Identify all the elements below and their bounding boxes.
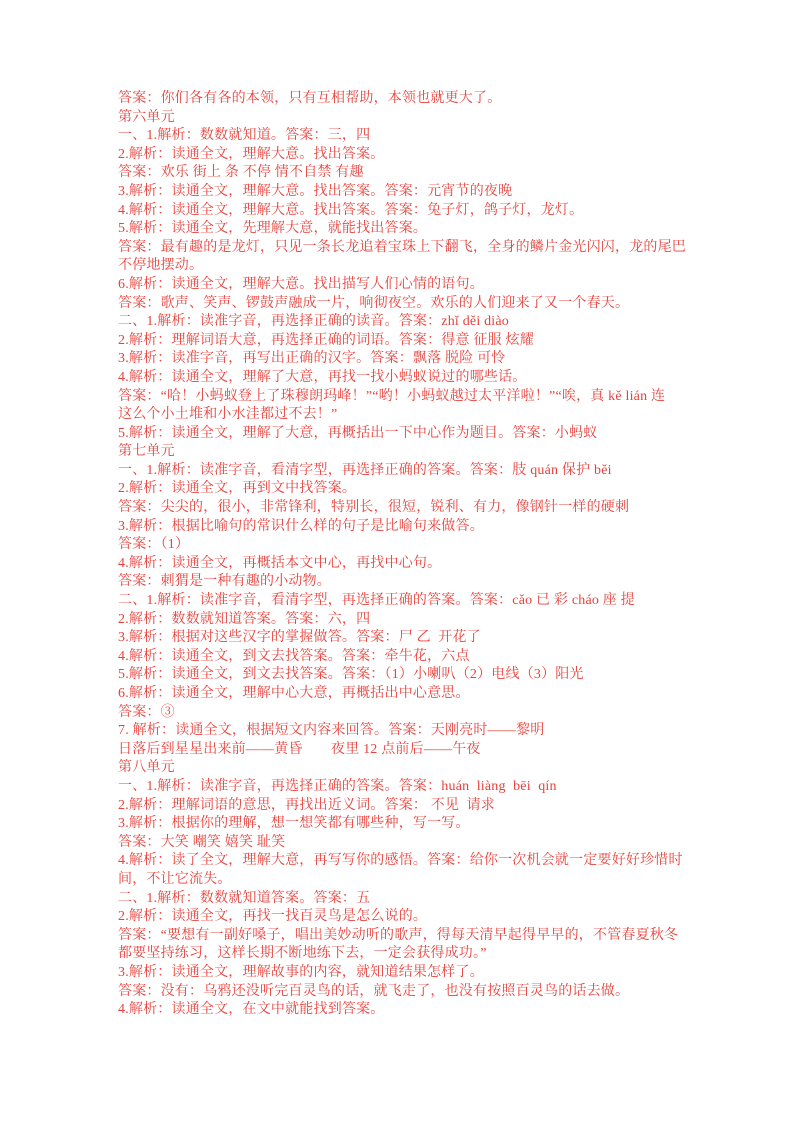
text-line: 答案：歌声、笑声、锣鼓声融成一片，响彻夜空。欢乐的人们迎来了又一个春天。: [118, 295, 693, 314]
text-line: 5.解析：读通全文，先理解大意，就能找出答案。: [118, 220, 693, 239]
text-line: 二、1.解析：数数就知道答案。答案：五: [118, 890, 693, 909]
text-line: 4.解析：读通全文，到文去找答案。答案：牵牛花，六点: [118, 648, 693, 667]
text-line: 6.解析：读通全文，理解中心大意，再概括出中心意思。: [118, 685, 693, 704]
text-line: 答案：欢乐 街上 条 不停 情不自禁 有趣: [118, 164, 693, 183]
text-line: 4.解析：读通全文，理解了大意，再找一找小蚂蚁说过的哪些话。: [118, 369, 693, 388]
text-line: 答案：刺猬是一种有趣的小动物。: [118, 573, 693, 592]
text-line: 第八单元: [118, 759, 693, 778]
text-line: 4.解析：读了全文，理解大意，再写写你的感悟。答案：给你一次机会就一定要好好珍惜…: [118, 852, 693, 871]
text-line: 答案：大笑 嘲笑 嬉笑 耻笑: [118, 834, 693, 853]
text-line: 3.解析：根据你的理解，想一想笑都有哪些种，写一写。: [118, 815, 693, 834]
text-line: 4.解析：读通全文，在文中就能找到答案。: [118, 1001, 693, 1020]
text-line: 答案：“哈！小蚂蚁登上了珠穆朗玛峰！”“哟！小蚂蚁越过太平洋啦！”“唉，真 kě…: [118, 388, 693, 407]
text-line: 2.解析：读通全文，再到文中找答案。: [118, 480, 693, 499]
text-line: 这么个小土堆和小水洼都过不去！”: [118, 406, 693, 425]
document-page: 答案：你们各有各的本领，只有互相帮助，本领也就更大了。第六单元一、1.解析：数数…: [0, 0, 793, 1122]
text-line: 5.解析：读通全文，理解了大意，再概括出一下中心作为题目。答案：小蚂蚁: [118, 425, 693, 444]
text-line: 间，不让它流失。: [118, 871, 693, 890]
document-body: 答案：你们各有各的本领，只有互相帮助，本领也就更大了。第六单元一、1.解析：数数…: [118, 90, 693, 1020]
text-line: 2.解析：数数就知道答案。答案：六，四: [118, 611, 693, 630]
text-line: 2.解析：读通全文，理解大意。找出答案。: [118, 146, 693, 165]
text-line: 3.解析：读通全文，理解大意。找出答案。答案：元宵节的夜晚: [118, 183, 693, 202]
text-line: 5.解析：读通全文，到文去找答案。答案：（1）小喇叭（2）电线（3）阳光: [118, 666, 693, 685]
text-line: 第六单元: [118, 109, 693, 128]
text-line: 3.解析：读准字音，再写出正确的汉字。答案：飘落 脱险 可怜: [118, 350, 693, 369]
text-line: 3.解析：读通全文，理解故事的内容，就知道结果怎样了。: [118, 964, 693, 983]
text-line: 答案：“要想有一副好嗓子，唱出美妙动听的歌声，得每天清早起得早早的，不管春夏秋冬: [118, 927, 693, 946]
text-line: 7. 解析：读通全文，根据短文内容来回答。答案：天刚亮时——黎明: [118, 722, 693, 741]
text-line: 答案：③: [118, 704, 693, 723]
text-line: 第七单元: [118, 443, 693, 462]
text-line: 二、1.解析：读准字音，看清字型，再选择正确的答案。答案：cǎo 已 彩 chá…: [118, 592, 693, 611]
text-line: 日落后到星星出来前——黄昏 夜里 12 点前后——午夜: [118, 741, 693, 760]
text-line: 答案：你们各有各的本领，只有互相帮助，本领也就更大了。: [118, 90, 693, 109]
text-line: 答案：最有趣的是龙灯，只见一条长龙追着宝珠上下翻飞，全身的鳞片金光闪闪，龙的尾巴: [118, 239, 693, 258]
text-line: 不停地摆动。: [118, 257, 693, 276]
text-line: 2.解析：读通全文，再找一找百灵鸟是怎么说的。: [118, 908, 693, 927]
text-line: 答案：没有：乌鸦还没听完百灵鸟的话，就飞走了，也没有按照百灵鸟的话去做。: [118, 983, 693, 1002]
text-line: 4.解析：读通全文，再概括本文中心，再找中心句。: [118, 555, 693, 574]
text-line: 2.解析：理解词语的意思，再找出近义词。答案： 不见 请求: [118, 797, 693, 816]
text-line: 2.解析：理解词语大意，再选择正确的词语。答案：得意 征服 炫耀: [118, 332, 693, 351]
text-line: 一、1.解析：读准字音，看清字型，再选择正确的答案。答案：肢 quán 保护 b…: [118, 462, 693, 481]
text-line: 都要坚持练习，这样长期不断地练下去，一定会获得成功。”: [118, 945, 693, 964]
text-line: 二、1.解析：读准字音，再选择正确的读音。答案：zhǐ děi diào: [118, 313, 693, 332]
text-line: 答案：（1）: [118, 536, 693, 555]
text-line: 3.解析：根据比喻句的常识什么样的句子是比喻句来做答。: [118, 518, 693, 537]
text-line: 答案：尖尖的，很小，非常锋利，特别长，很短，锐利、有力，像钢针一样的硬刺: [118, 499, 693, 518]
text-line: 6.解析：读通全文，理解大意。找出描写人们心情的语句。: [118, 276, 693, 295]
text-line: 一、1.解析：数数就知道。答案：三，四: [118, 127, 693, 146]
text-line: 4.解析：读通全文，理解大意。找出答案。答案：兔子灯，鸽子灯，龙灯。: [118, 202, 693, 221]
text-line: 3.解析：根据对这些汉字的掌握做答。答案：尸 乙 开花了: [118, 629, 693, 648]
text-line: 一、1.解析：读准字音，再选择正确的答案。答案：huán liàng bēi q…: [118, 778, 693, 797]
